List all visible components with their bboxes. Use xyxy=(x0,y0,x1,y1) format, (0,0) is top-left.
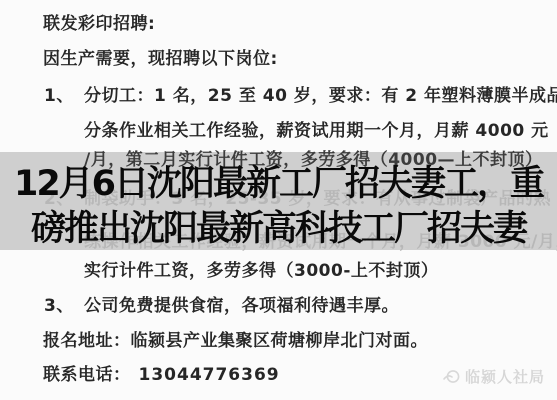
doc-title: 联发彩印招聘: xyxy=(43,9,155,34)
item3-number: 3、 xyxy=(44,291,74,316)
banner-headline-line2: 磅推出沈阳最新高科技工厂招夫妻 xyxy=(0,201,557,251)
item2-line3: 实行计件工资，多劳多得（3000-上不封顶） xyxy=(84,256,438,281)
contact-phone-number: 13044776369 xyxy=(139,365,280,385)
watermark-label: 临颍人社局 xyxy=(465,366,545,387)
banner-headline-line1: 12月6日沈阳最新工厂招夫妻工，重 xyxy=(0,156,557,206)
watermark: 临颍人社局 xyxy=(443,366,545,387)
signup-address: 报名地址：临颍县产业集聚区荷塘柳岸北门对面。 xyxy=(43,326,428,351)
contact-label: 联系电话： xyxy=(43,365,131,385)
item3-line1: 公司免费提供食宿，各项福利待遇丰厚。 xyxy=(84,291,399,316)
doc-intro: 因生产需要，现招聘以下岗位: xyxy=(43,44,278,69)
item1-line2: 分条作业相关工作经验，薪资试用期一个月，月薪 4000 元 xyxy=(84,116,549,141)
recruitment-flyer: 联发彩印招聘: 因生产需要，现招聘以下岗位: 1、 分切工：1 名，25 至 4… xyxy=(0,0,557,400)
bureau-logo-icon xyxy=(443,368,460,385)
item1-line1: 分切工：1 名，25 至 40 岁，要求：有 2 年塑料薄膜半成品 xyxy=(84,81,557,106)
item1-number: 1、 xyxy=(44,81,74,106)
contact-line: 联系电话：13044776369 xyxy=(43,360,280,385)
